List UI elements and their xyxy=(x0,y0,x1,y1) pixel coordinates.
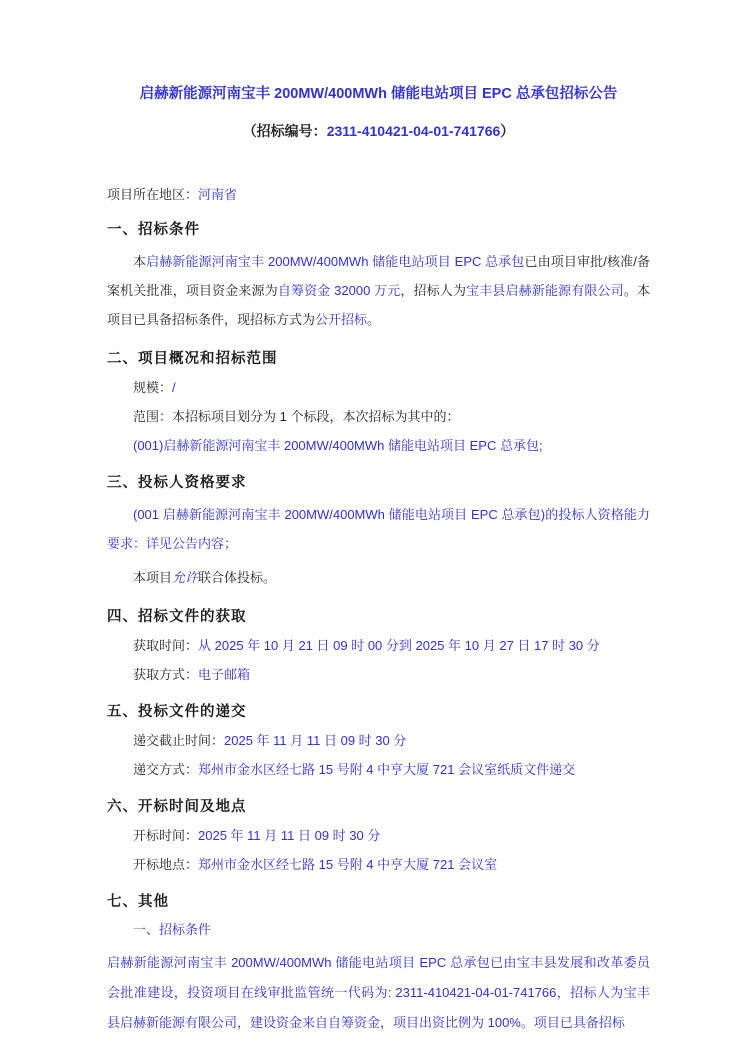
scale-line: 规模：/ xyxy=(107,376,650,400)
obtain-method-value: 电子邮箱 xyxy=(198,667,250,682)
obtain-method-label: 获取方式： xyxy=(133,667,198,682)
document-page: 启赫新能源河南宝丰 200MW/400MWh 储能电站项目 EPC 总承包招标公… xyxy=(0,0,754,1061)
section-heading-4: 四、招标文件的获取 xyxy=(107,605,650,629)
opening-time-value: 2025 年 11 月 11 日 09 时 30 分 xyxy=(198,828,380,843)
scale-label: 规模： xyxy=(133,380,172,395)
text-segment: 联合体投标。 xyxy=(198,570,276,585)
opening-time-line: 开标时间：2025 年 11 月 11 日 09 时 30 分 xyxy=(107,824,650,848)
project-name-text: 启赫新能源河南宝丰 200MW/400MWh 储能电站项目 EPC 总承包 xyxy=(146,254,524,269)
lot-line: (001)启赫新能源河南宝丰 200MW/400MWh 储能电站项目 EPC 总… xyxy=(107,434,650,458)
scope-line: 范围：本招标项目划分为 1 个标段，本次招标为其中的： xyxy=(107,405,650,429)
opening-place-value: 郑州市金水区经七路 15 号附 4 中亨大厦 721 会议室 xyxy=(198,857,497,872)
opening-place-line: 开标地点：郑州市金水区经七路 15 号附 4 中亨大厦 721 会议室 xyxy=(107,853,650,877)
project-region-value: 河南省 xyxy=(198,187,237,202)
section-heading-7: 七、其他 xyxy=(107,890,650,914)
section1-paragraph: 本启赫新能源河南宝丰 200MW/400MWh 储能电站项目 EPC 总承包已由… xyxy=(107,247,650,334)
submission-deadline-value: 2025 年 11 月 11 日 09 时 30 分 xyxy=(224,733,406,748)
section7-paragraph: 启赫新能源河南宝丰 200MW/400MWh 储能电站项目 EPC 总承包已由宝… xyxy=(107,948,650,1038)
obtain-method-line: 获取方式：电子邮箱 xyxy=(107,663,650,687)
section-heading-1: 一、招标条件 xyxy=(107,218,650,242)
tender-number-line: （招标编号：2311-410421-04-01-741766） xyxy=(107,121,650,141)
section-heading-5: 五、投标文件的递交 xyxy=(107,700,650,724)
consortium-allowed-text: 允许 xyxy=(172,570,198,585)
text-segment: 本 xyxy=(133,254,146,269)
submission-method-line: 递交方式：郑州市金水区经七路 15 号附 4 中亨大厦 721 会议室纸质文件递… xyxy=(107,758,650,782)
submission-method-value: 郑州市金水区经七路 15 号附 4 中亨大厦 721 会议室纸质文件递交 xyxy=(198,762,575,777)
text-segment: ，招标人为 xyxy=(400,283,466,298)
text-segment: 。 xyxy=(367,312,380,327)
section-heading-3: 三、投标人资格要求 xyxy=(107,471,650,495)
obtain-time-label: 获取时间： xyxy=(133,638,198,653)
tender-number-label: （招标编号： xyxy=(243,123,327,139)
section7-sub-heading: 一、招标条件 xyxy=(107,918,650,942)
document-title: 启赫新能源河南宝丰 200MW/400MWh 储能电站项目 EPC 总承包招标公… xyxy=(107,84,650,104)
submission-deadline-label: 递交截止时间： xyxy=(133,733,224,748)
submission-deadline-line: 递交截止时间：2025 年 11 月 11 日 09 时 30 分 xyxy=(107,729,650,753)
scale-value: / xyxy=(172,380,176,395)
tender-number-value: 2311-410421-04-01-741766 xyxy=(327,123,501,139)
funding-source-text: 自筹资金 32000 万元 xyxy=(278,283,401,298)
section-heading-2: 二、项目概况和招标范围 xyxy=(107,347,650,371)
text-segment: 本项目 xyxy=(133,570,172,585)
opening-place-label: 开标地点： xyxy=(133,857,198,872)
project-region-label: 项目所在地区： xyxy=(107,187,198,202)
obtain-time-line: 获取时间：从 2025 年 10 月 21 日 09 时 00 分到 2025 … xyxy=(107,634,650,658)
opening-time-label: 开标时间： xyxy=(133,828,198,843)
scope-value: 本招标项目划分为 1 个标段，本次招标为其中的： xyxy=(172,409,459,424)
consortium-line: 本项目允许联合体投标。 xyxy=(107,563,650,592)
project-region-line: 项目所在地区：河南省 xyxy=(107,185,650,205)
obtain-time-value: 从 2025 年 10 月 21 日 09 时 00 分到 2025 年 10 … xyxy=(198,638,600,653)
submission-method-label: 递交方式： xyxy=(133,762,198,777)
tender-method-text: 公开招标 xyxy=(315,312,367,327)
scope-label: 范围： xyxy=(133,409,172,424)
tenderer-name-text: 宝丰县启赫新能源有限公司 xyxy=(466,283,624,298)
tender-number-close: ） xyxy=(500,123,514,139)
qualification-paragraph: (001 启赫新能源河南宝丰 200MW/400MWh 储能电站项目 EPC 总… xyxy=(107,500,650,558)
section-heading-6: 六、开标时间及地点 xyxy=(107,795,650,819)
